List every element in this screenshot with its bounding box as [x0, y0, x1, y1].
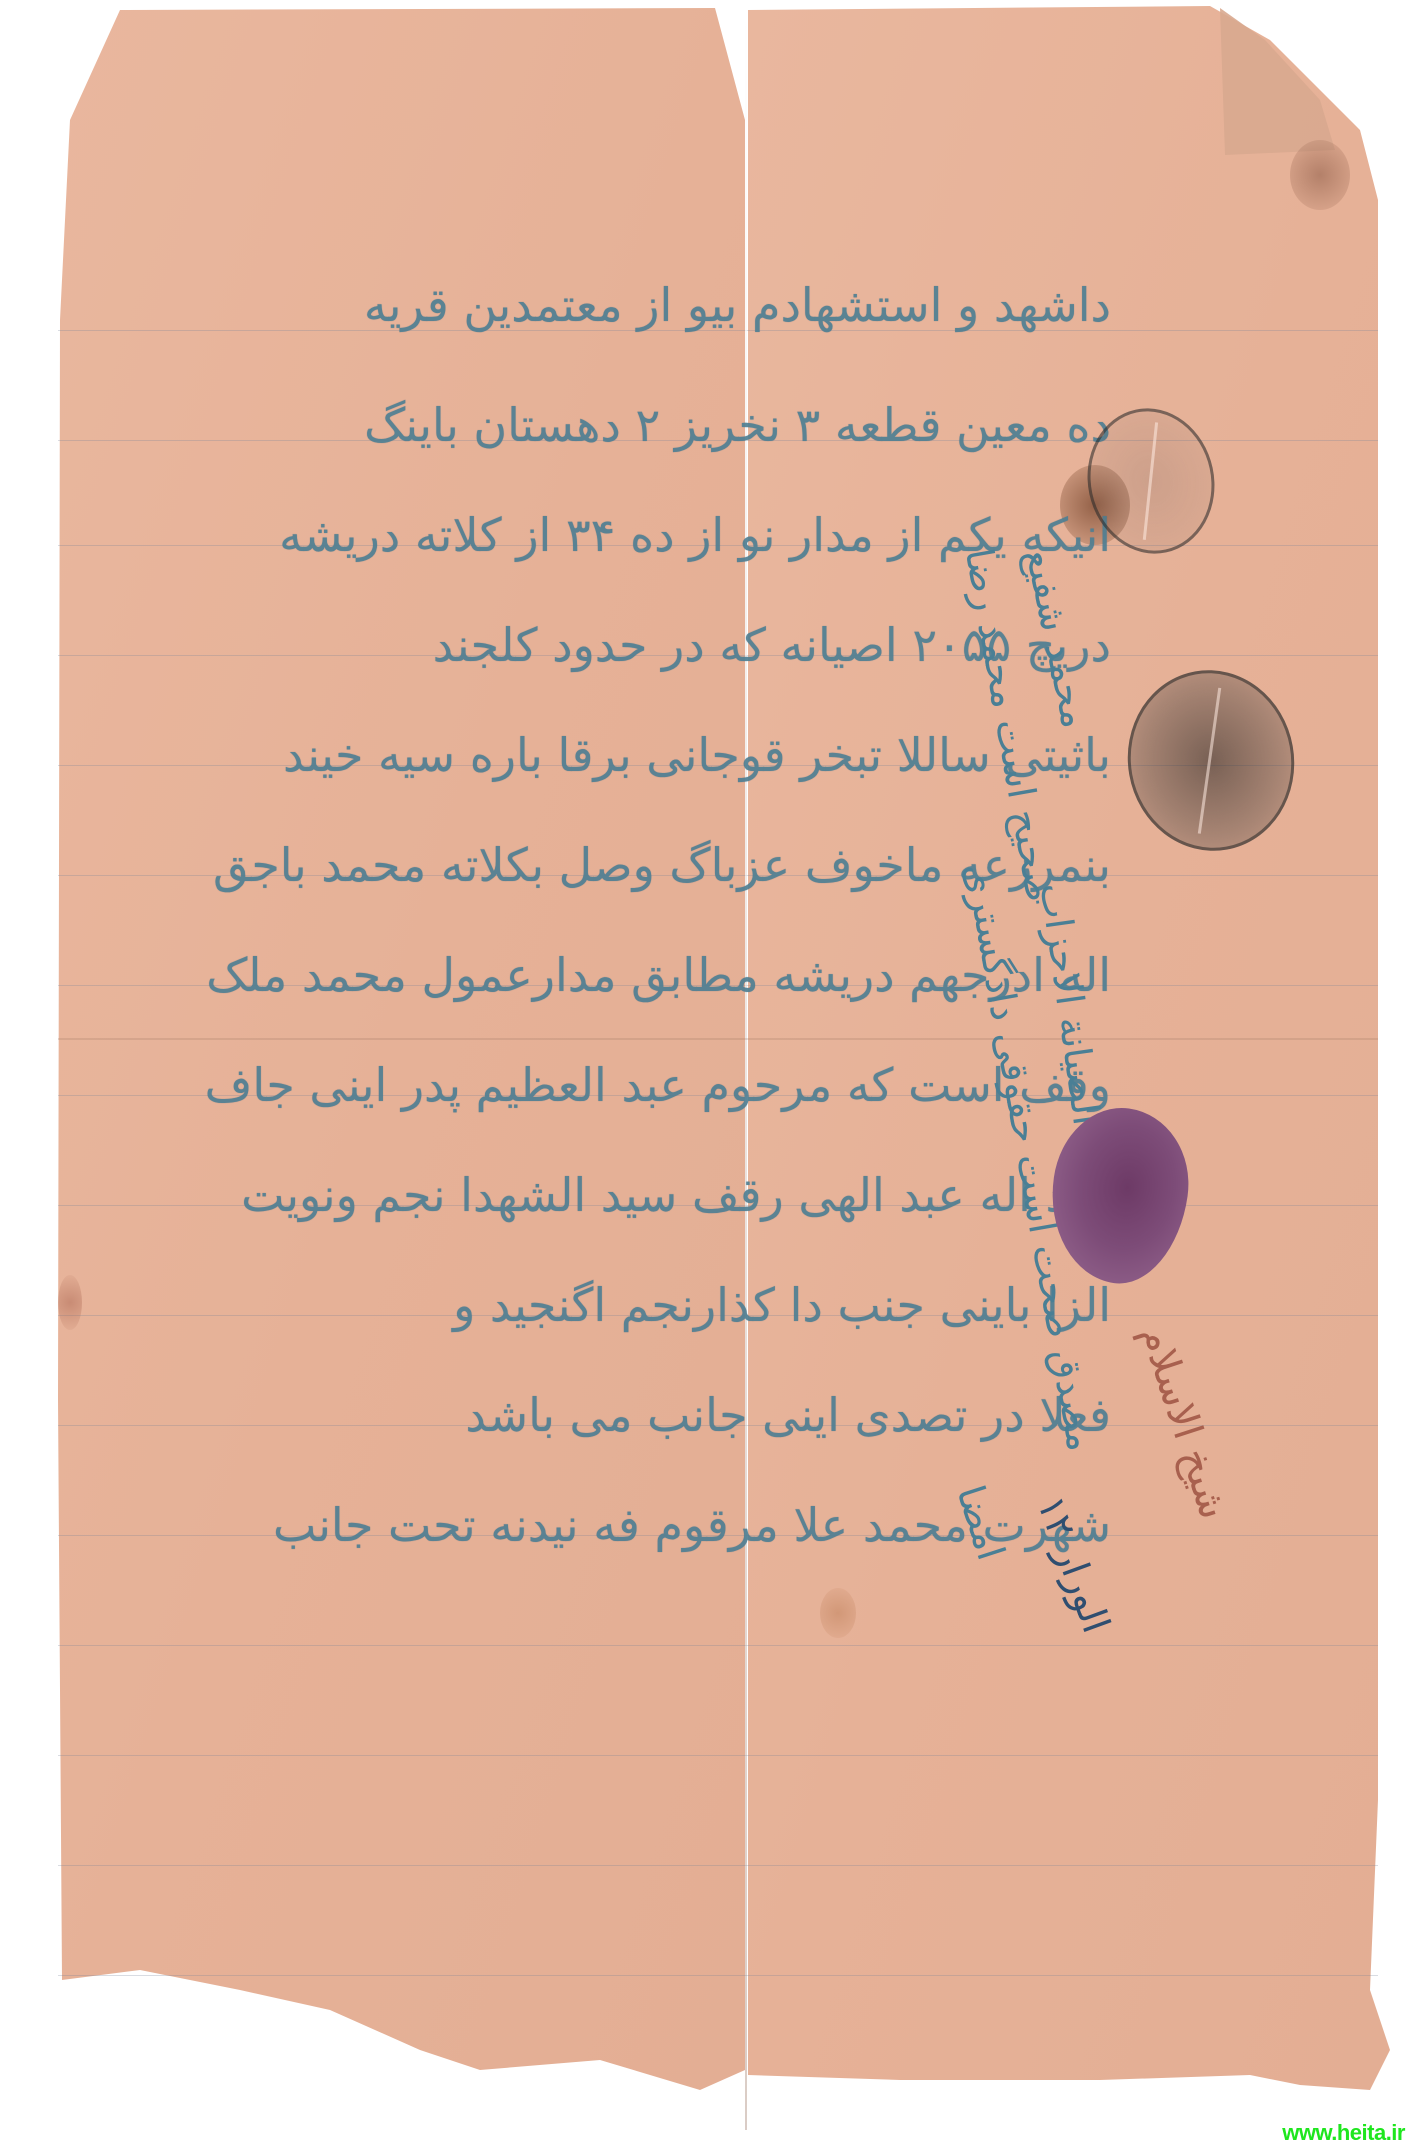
body-line: داشهد و استشهادم بیو از معتمدین قریه	[364, 278, 1111, 332]
body-line: الزا باینی جنب دا کذارنجم اگنجید و	[453, 1278, 1111, 1332]
stain	[1290, 140, 1350, 210]
watermark: www.heita.ir	[1282, 2120, 1405, 2146]
stain	[58, 1275, 82, 1330]
horizontal-fold	[58, 1038, 1378, 1040]
body-line: باثیتی ساللا تبخر قوجانی برقا باره سیه خ…	[283, 728, 1111, 782]
body-line: وقف است که مرحوم عبد العظیم پدر اینی جاف	[205, 1058, 1111, 1112]
body-line: عبد اله عبد الهی رقف سید الشهدا نجم ونوی…	[241, 1168, 1111, 1222]
body-line: ده معین قطعه ۳ نخریز ۲ دهستان باینگ	[364, 398, 1111, 452]
stain	[820, 1588, 856, 1638]
body-line: فعلا در تصدی اینی جانب می باشد	[465, 1388, 1111, 1442]
